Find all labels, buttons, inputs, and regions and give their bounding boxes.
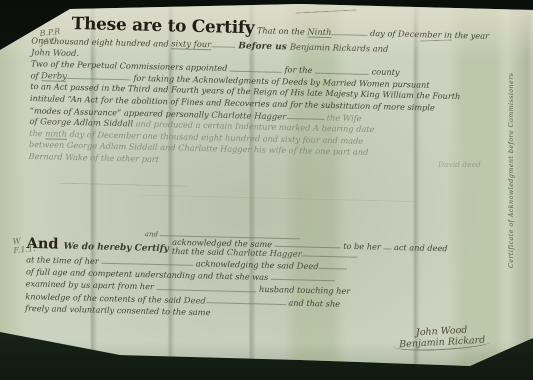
pencil-squiggle [58,182,188,186]
blank-rule [319,257,347,269]
commissioner-initials-top: B.P.R J.W. [39,27,62,47]
signature-block: John Wood Benjamin Rickard [392,323,491,352]
bleed-through-text: David deed [438,160,481,169]
blank-rule [211,36,235,48]
text-segment: freely and voluntarily consented to the … [25,303,211,317]
blank-rule [271,269,335,282]
text-segment: Before us [235,41,290,52]
pencil-squiggle [138,194,418,202]
blank-rule [101,252,193,266]
blank-rule [206,292,286,305]
ink-flourish [295,9,357,13]
text-segment: Ninth [307,26,331,38]
blank-rule [230,60,282,73]
text-segment: sixty four [171,39,211,51]
text-segment: December [398,29,442,40]
document-text: These are to Certify That on the Ninth d… [25,13,507,324]
blank-gap [27,159,503,232]
parchment-sheet: These are to Certify That on the Ninth d… [0,0,533,380]
commissioner-initials-mid: W F.1.1. [12,235,36,255]
blank-rule [286,108,324,120]
text-segment: and that she [286,297,340,308]
certify-paragraph-1: These are to Certify That on the Ninth d… [29,13,507,171]
certify-paragraph-2: and And We do hereby Certify acknowledge… [25,221,502,323]
blank-rule [331,24,367,36]
blank-rule [156,278,256,292]
endorsement-side-text: Certificate of Acknowledgment before Com… [507,50,515,268]
text-segment: That on the [254,25,307,36]
text-segment: day of [367,28,398,39]
scanned-document-photo: These are to Certify That on the Ninth d… [0,0,533,380]
blank-rule [315,62,369,75]
text-segment: act and deed [391,241,447,252]
blank-rule [302,245,358,258]
